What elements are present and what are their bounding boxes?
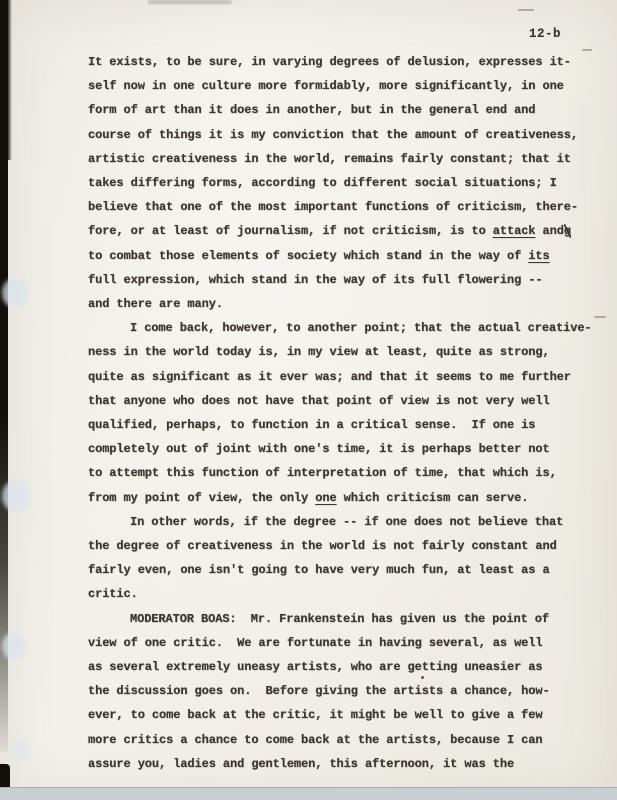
text-line: fore, or at least of journalism, if not … <box>88 219 588 243</box>
text-line: I come back, however, to another point; … <box>88 316 588 340</box>
text-segment: ever, to come back at the critic, it mig… <box>88 708 542 722</box>
text-segment: as several extremely uneasy artists, who… <box>88 660 542 674</box>
text-segment: I come back, however, to another point; … <box>130 321 592 335</box>
text-segment: critic. <box>88 587 138 601</box>
text-segment: form of art than it does in another, but… <box>88 103 535 117</box>
text-segment: completely out of joint with one's time,… <box>88 442 550 456</box>
text-line: view of one critic. We are fortunate in … <box>88 631 588 655</box>
text-line: artistic creativeness in the world, rema… <box>88 147 588 171</box>
text-line: self now in one culture more formidably,… <box>88 74 588 98</box>
text-segment: and <box>535 224 563 238</box>
text-line: qualified, perhaps, to function in a cri… <box>88 413 588 437</box>
text-segment: takes differing forms, according to diff… <box>88 176 557 190</box>
scan-edge-left-top <box>0 0 12 160</box>
text-line: and there are many. <box>88 292 588 316</box>
typewritten-text: It exists, to be sure, in varying degree… <box>88 50 588 776</box>
text-line: MODERATOR BOAS: Mr. Frankenstein has giv… <box>88 607 588 631</box>
text-segment: one <box>315 491 336 505</box>
text-line: to attempt this function of interpretati… <box>88 461 588 485</box>
text-line: to combat those elements of society whic… <box>88 244 588 268</box>
text-segment: its <box>528 249 549 263</box>
text-segment: believe that one of the most important f… <box>88 200 578 214</box>
text-line: as several extremely uneasy artists, who… <box>88 655 588 679</box>
text-segment: fore, or at least of journalism, if not … <box>88 224 493 238</box>
text-segment: the discussion goes on. Before giving th… <box>88 684 550 698</box>
page-number: 12-b <box>529 27 561 41</box>
text-line: full expression, which stand in the way … <box>88 268 588 292</box>
text-segment: self now in one culture more formidably,… <box>88 79 564 93</box>
text-segment: g <box>564 224 571 238</box>
text-segment: It exists, to be sure, in varying degree… <box>88 55 571 69</box>
text-segment: ness in the world today is, in my view a… <box>88 345 550 359</box>
text-line: the discussion goes on. Before giving th… <box>88 679 588 703</box>
scanned-page: 12-b It exists, to be sure, in varying d… <box>0 0 617 800</box>
text-segment: view of one critic. We are fortunate in … <box>88 636 542 650</box>
text-segment: artistic creativeness in the world, rema… <box>88 152 571 166</box>
text-segment: In other words, if the degree -- if one … <box>130 515 563 529</box>
text-line: takes differing forms, according to diff… <box>88 171 588 195</box>
text-segment: attack <box>493 224 536 238</box>
text-segment: qualified, perhaps, to function in a cri… <box>88 418 535 432</box>
text-segment: from my point of view, the only <box>88 491 315 505</box>
punch-hole <box>2 278 29 308</box>
text-line: form of art than it does in another, but… <box>88 98 588 122</box>
punch-hole <box>10 738 30 760</box>
text-line: that anyone who does not have that point… <box>88 389 588 413</box>
text-line: believe that one of the most important f… <box>88 195 588 219</box>
text-line: ever, to come back at the critic, it mig… <box>88 703 588 727</box>
text-segment: that anyone who does not have that point… <box>88 394 550 408</box>
text-segment: quite as significant as it ever was; and… <box>88 370 571 384</box>
pencil-mark <box>594 316 606 318</box>
text-segment: and there are many. <box>88 297 223 311</box>
text-segment: fairly even, one isn't going to have ver… <box>88 563 550 577</box>
text-line: quite as significant as it ever was; and… <box>88 365 588 389</box>
text-segment: course of things it is my conviction tha… <box>88 128 578 142</box>
text-segment: full expression, which stand in the way … <box>88 273 542 287</box>
scan-smudge-top <box>148 0 232 4</box>
text-segment: MODERATOR BOAS: Mr. Frankenstein has giv… <box>130 612 549 626</box>
punch-hole <box>2 632 26 660</box>
text-line: In other words, if the degree -- if one … <box>88 510 588 534</box>
text-line: fairly even, one isn't going to have ver… <box>88 558 588 582</box>
text-line: critic. <box>88 582 588 606</box>
text-segment: the degree of creativeness in the world … <box>88 539 557 553</box>
text-line: It exists, to be sure, in varying degree… <box>88 50 588 74</box>
text-line: from my point of view, the only one whic… <box>88 486 588 510</box>
text-line: course of things it is my conviction tha… <box>88 123 588 147</box>
text-segment: to combat those elements of society whic… <box>88 249 528 263</box>
text-segment: assure you, ladies and gentlemen, this a… <box>88 757 514 771</box>
pencil-mark <box>518 9 534 11</box>
text-line: more critics a chance to come back at th… <box>88 728 588 752</box>
text-segment: which criticism can serve. <box>337 491 529 505</box>
text-segment: to attempt this function of interpretati… <box>88 466 557 480</box>
text-line: completely out of joint with one's time,… <box>88 437 588 461</box>
text-line: the degree of creativeness in the world … <box>88 534 588 558</box>
scanner-strip-bottom <box>0 787 617 800</box>
punch-hole <box>2 480 31 512</box>
text-line: assure you, ladies and gentlemen, this a… <box>88 752 588 776</box>
text-line: ness in the world today is, in my view a… <box>88 340 588 364</box>
text-segment: more critics a chance to come back at th… <box>88 733 542 747</box>
